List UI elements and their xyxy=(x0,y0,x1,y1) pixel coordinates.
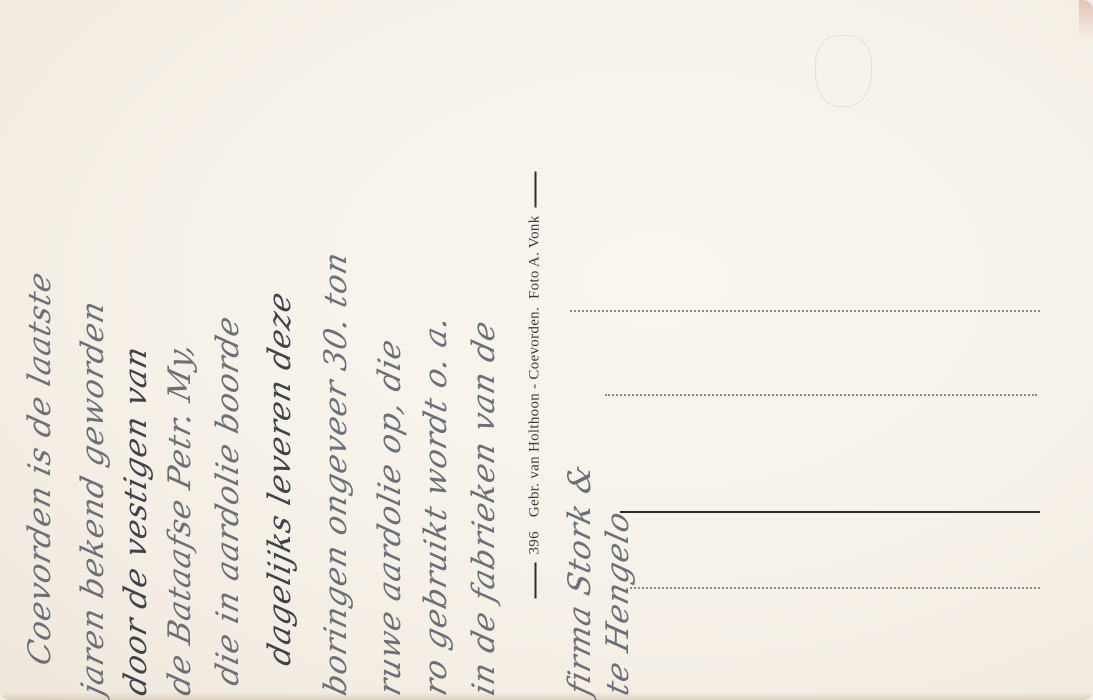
handwriting-line-8: ruwe aardolie op, die xyxy=(372,335,408,699)
handwriting-line-6: dagelijks leveren deze xyxy=(262,288,298,669)
publisher-name: Gebr. van Holthoon - Coevorden. xyxy=(527,307,544,517)
handwriting-line-4: de Bataafse Petr. My, xyxy=(162,338,198,699)
corner-discoloration xyxy=(1079,0,1093,40)
handwriting-line-11: firma Stork & xyxy=(562,460,598,699)
address-line-3-underline xyxy=(620,511,1040,513)
handwriting-line-10: in de fabrieken van de xyxy=(466,316,502,699)
handwriting-line-1: Coevorden is de laatste xyxy=(22,267,58,668)
faint-stain-mark xyxy=(815,35,872,107)
handwriting-line-2: jaren bekend geworden xyxy=(75,297,111,699)
divider-dash-right xyxy=(534,172,536,208)
handwriting-line-5: die in aardolie boorde xyxy=(210,312,246,689)
card-number: 396 xyxy=(527,531,544,554)
handwriting-line-7: boringen ongeveer 30. ton xyxy=(318,248,354,699)
handwriting-line-9: ro gebruikt wordt o. a. xyxy=(418,311,454,698)
address-line-2 xyxy=(605,394,1037,396)
photographer-credit: Foto A. Vonk xyxy=(527,216,544,300)
publisher-imprint: 396 Gebr. van Holthoon - Coevorden. Foto… xyxy=(527,172,544,599)
handwriting-line-3: door de vestigen van xyxy=(118,342,154,699)
handwriting-line-12: te Hengelo xyxy=(600,507,636,699)
divider-dash-left xyxy=(534,563,536,599)
address-line-4 xyxy=(630,587,1040,589)
address-line-1 xyxy=(570,310,1040,312)
postcard-back: Coevorden is de laatste jaren bekend gew… xyxy=(0,0,1093,700)
bottom-edge-wear xyxy=(0,692,1093,700)
